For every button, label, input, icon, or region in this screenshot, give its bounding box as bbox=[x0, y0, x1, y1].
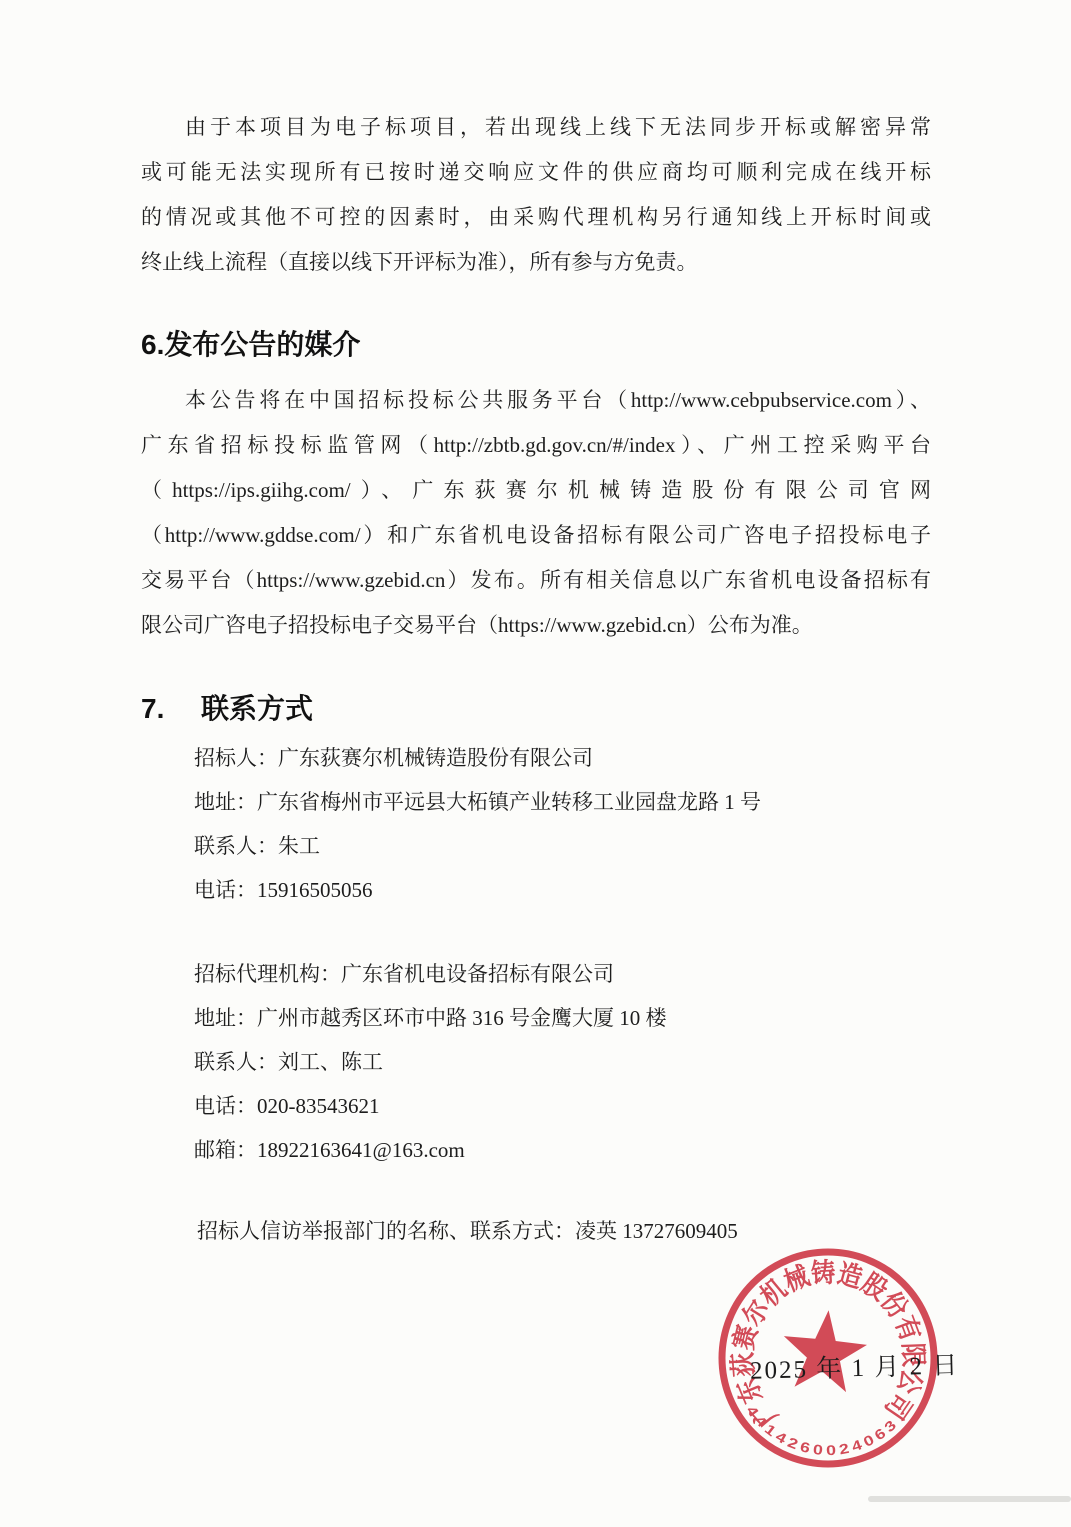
section6-paragraph: 本公告将在中国招标投标公共服务平台（http://www.cebpubservi… bbox=[141, 378, 931, 648]
section6-line: （http://www.gddse.com/）和广东省机电设备招标有限公司广咨电… bbox=[141, 513, 931, 558]
tenderer-name-row: 招标人：广东荻赛尔机械铸造股份有限公司 bbox=[194, 736, 931, 780]
intro-paragraph: 由于本项目为电子标项目，若出现线上线下无法同步开标或解密异常 或可能无法实现所有… bbox=[141, 105, 931, 285]
contact-label: 电话： bbox=[194, 878, 257, 902]
agency-phone-row: 电话：020-83543621 bbox=[194, 1084, 931, 1128]
agency-contact-block: 招标代理机构：广东省机电设备招标有限公司 地址：广州市越秀区环市中路 316 号… bbox=[141, 952, 931, 1172]
agency-email-row: 邮箱：18922163641@163.com bbox=[194, 1128, 931, 1172]
contact-value: 刘工、陈工 bbox=[278, 1050, 383, 1074]
contact-label: 招标人： bbox=[194, 746, 278, 770]
section7-number: 7. bbox=[141, 690, 201, 728]
contact-value: 15916505056 bbox=[257, 878, 373, 902]
document-content: 由于本项目为电子标项目，若出现线上线下无法同步开标或解密异常 或可能无法实现所有… bbox=[141, 105, 931, 1253]
contact-label: 电话： bbox=[194, 1094, 257, 1118]
contact-label: 邮箱： bbox=[194, 1138, 257, 1162]
section6-title: 发布公告的媒介 bbox=[164, 329, 360, 360]
section6-line: 本公告将在中国招标投标公共服务平台（http://www.cebpubservi… bbox=[141, 378, 931, 423]
contact-value: 020-83543621 bbox=[257, 1094, 380, 1118]
contact-value: 广东荻赛尔机械铸造股份有限公司 bbox=[278, 746, 593, 770]
agency-person-row: 联系人：刘工、陈工 bbox=[194, 1040, 931, 1084]
intro-line: 或可能无法实现所有已按时递交响应文件的供应商均可顺利完成在线开标 bbox=[141, 150, 931, 195]
tenderer-person-row: 联系人：朱工 bbox=[194, 824, 931, 868]
document-page: 由于本项目为电子标项目，若出现线上线下无法同步开标或解密异常 或可能无法实现所有… bbox=[0, 0, 1071, 1527]
section6-heading: 6.发布公告的媒介 bbox=[141, 326, 931, 364]
contact-label: 联系人： bbox=[194, 834, 278, 858]
tenderer-contact-block: 招标人：广东荻赛尔机械铸造股份有限公司 地址：广东省梅州市平远县大柘镇产业转移工… bbox=[141, 736, 931, 912]
document-date: 2025 年 1 月 2 日 bbox=[750, 1345, 960, 1386]
contact-value: 广州市越秀区环市中路 316 号金鹰大厦 10 楼 bbox=[257, 1006, 667, 1030]
section7-heading: 7.联系方式 bbox=[141, 690, 931, 728]
contact-label: 地址： bbox=[194, 1006, 257, 1030]
tenderer-address-row: 地址：广东省梅州市平远县大柘镇产业转移工业园盘龙路 1 号 bbox=[194, 780, 931, 824]
contact-label: 招标代理机构： bbox=[194, 962, 341, 986]
contact-label: 联系人： bbox=[194, 1050, 278, 1074]
scan-artifact bbox=[868, 1496, 1071, 1502]
section6-number: 6. bbox=[141, 329, 164, 360]
agency-address-row: 地址：广州市越秀区环市中路 316 号金鹰大厦 10 楼 bbox=[194, 996, 931, 1040]
contact-value: 广东省机电设备招标有限公司 bbox=[341, 962, 614, 986]
contact-value: 18922163641@163.com bbox=[257, 1138, 465, 1162]
contact-value: 朱工 bbox=[278, 834, 320, 858]
section7-title: 联系方式 bbox=[201, 693, 313, 724]
tenderer-phone-row: 电话：15916505056 bbox=[194, 868, 931, 912]
intro-line: 由于本项目为电子标项目，若出现线上线下无法同步开标或解密异常 bbox=[141, 105, 931, 150]
intro-line: 终止线上流程（直接以线下开评标为准），所有参与方免责。 bbox=[141, 240, 931, 285]
section6-line: 广东省招标投标监管网（http://zbtb.gd.gov.cn/#/index… bbox=[141, 423, 931, 468]
contact-value: 广东省梅州市平远县大柘镇产业转移工业园盘龙路 1 号 bbox=[257, 790, 761, 814]
intro-line: 的情况或其他不可控的因素时，由采购代理机构另行通知线上开标时间或 bbox=[141, 195, 931, 240]
section6-line: 交易平台（https://www.gzebid.cn）发布。所有相关信息以广东省… bbox=[141, 558, 931, 603]
agency-name-row: 招标代理机构：广东省机电设备招标有限公司 bbox=[194, 952, 931, 996]
section6-line: 限公司广咨电子招投标电子交易平台（https://www.gzebid.cn）公… bbox=[141, 603, 931, 648]
contact-label: 地址： bbox=[194, 790, 257, 814]
section6-line: （https://ips.giihg.com/）、广东荻赛尔机械铸造股份有限公司… bbox=[141, 468, 931, 513]
